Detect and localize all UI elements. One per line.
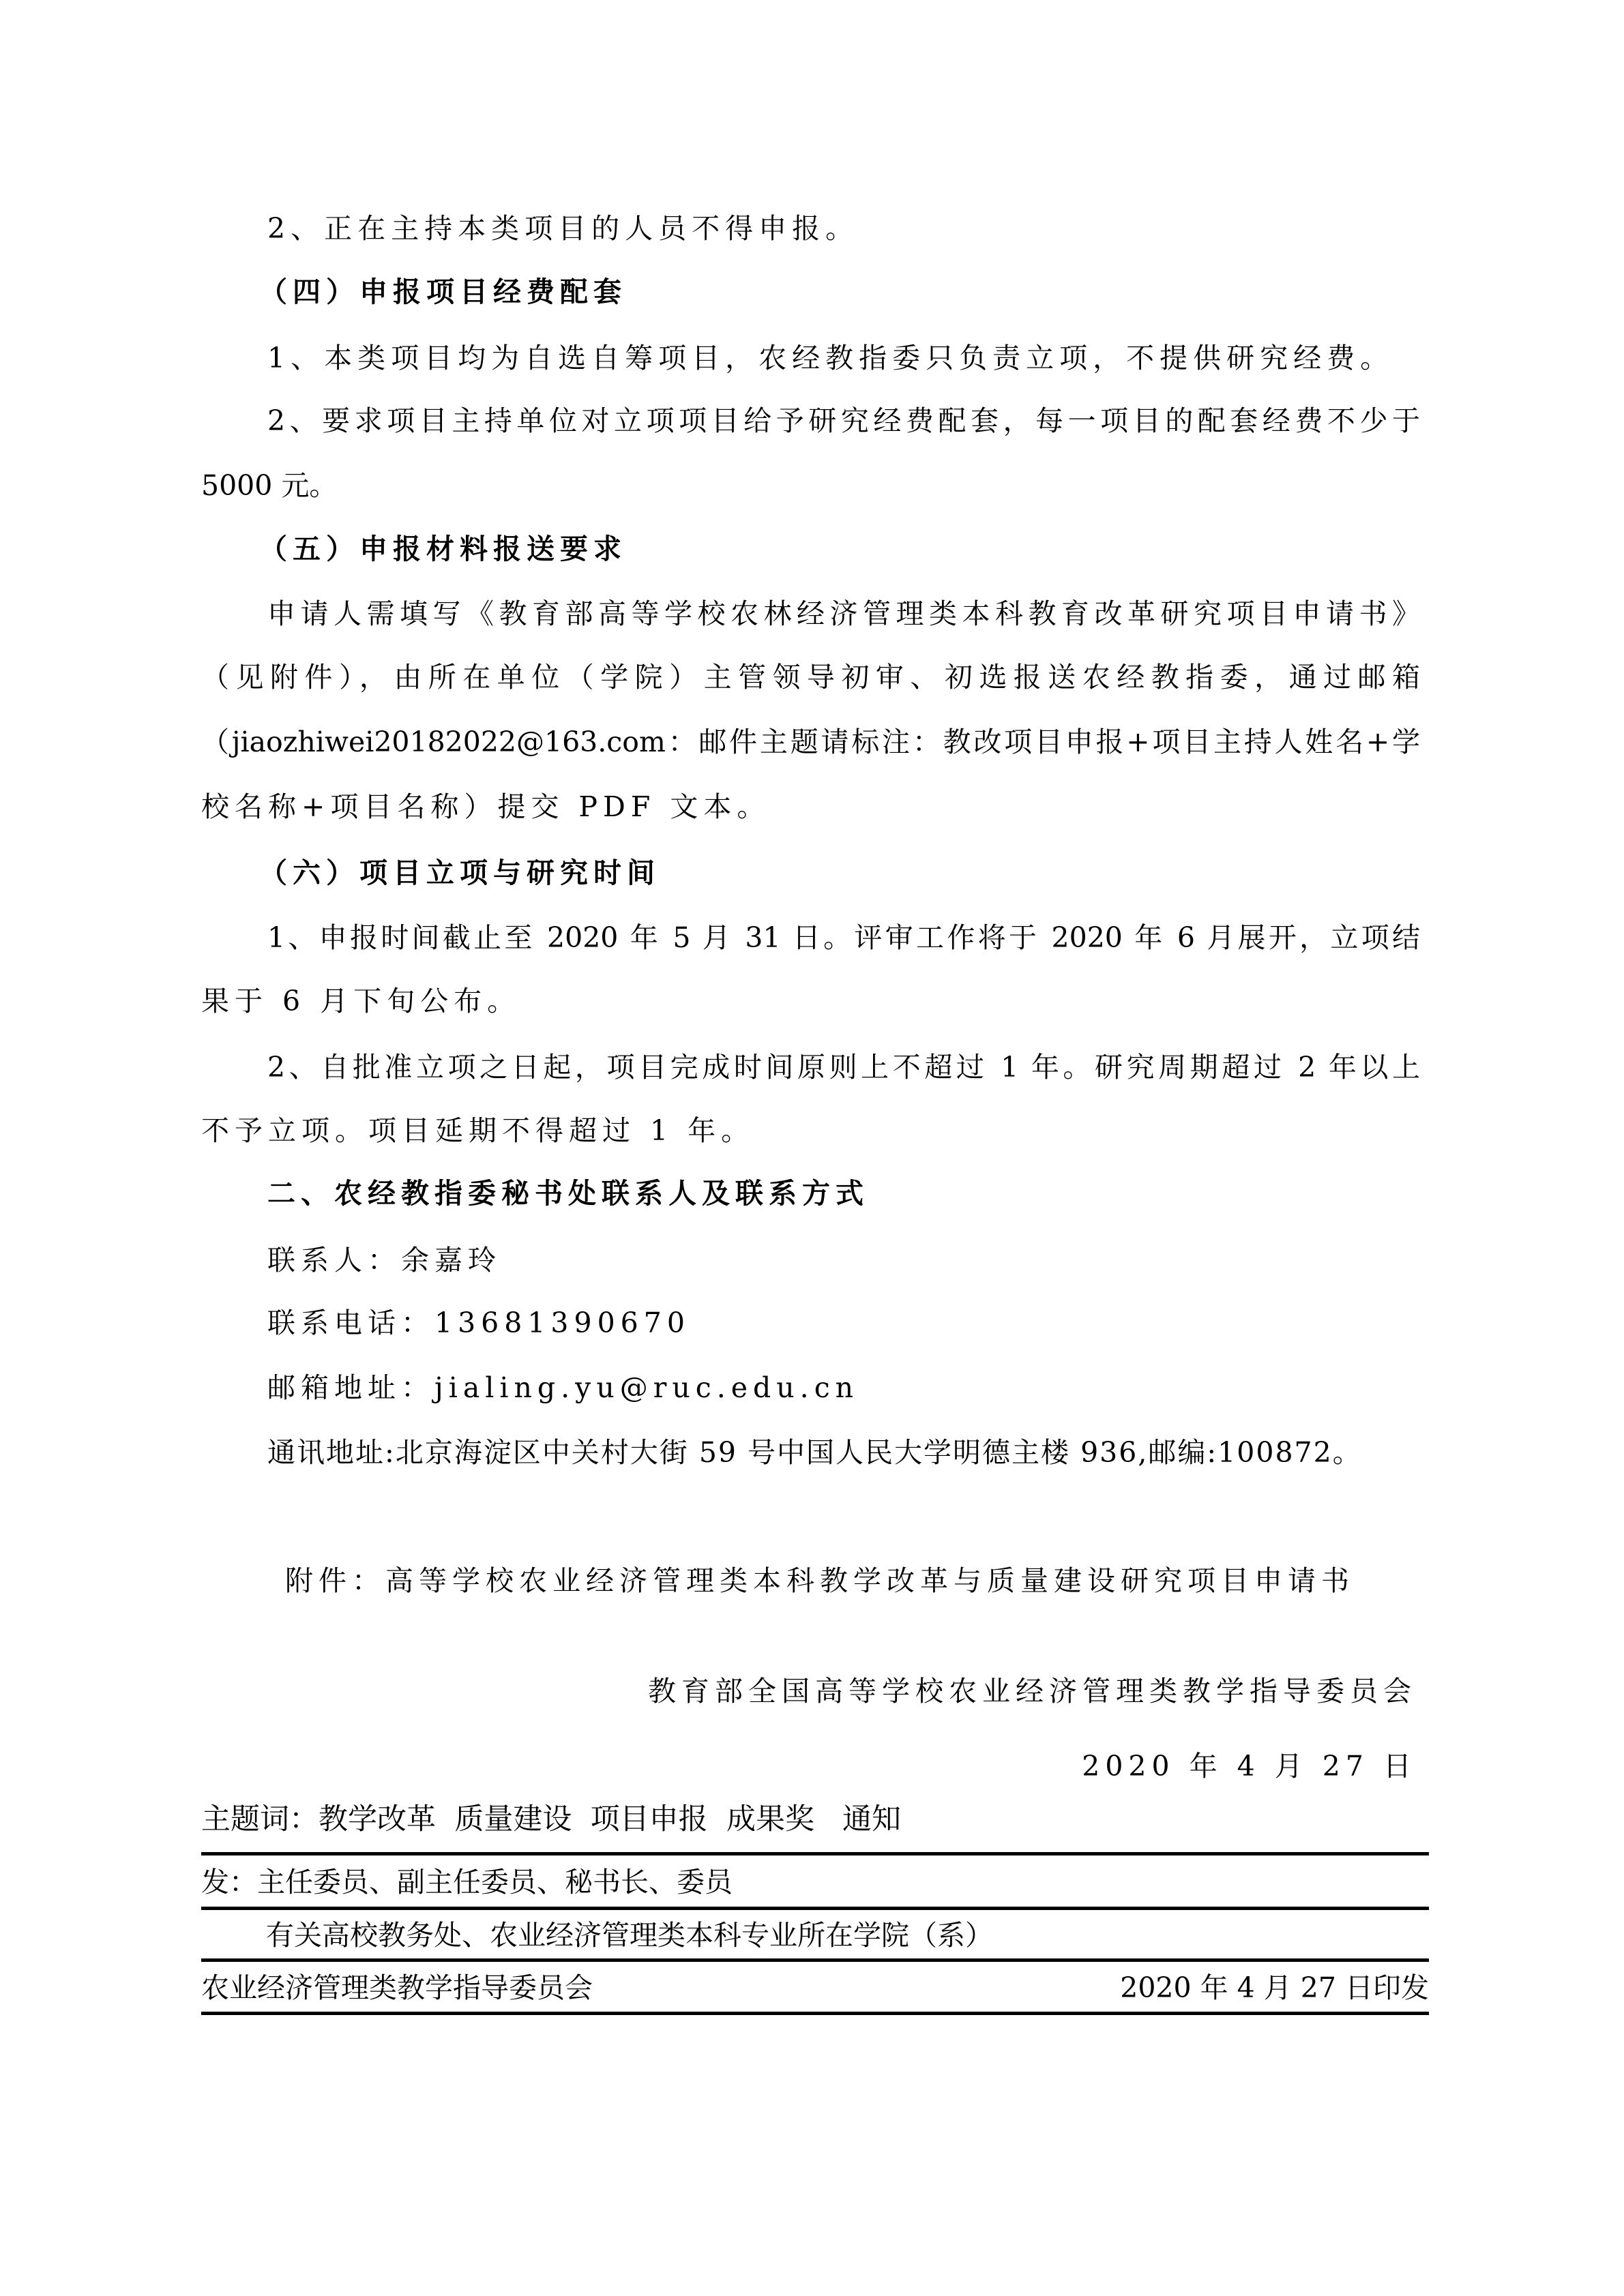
- section5-line4: 校名称+项目名称）提交 PDF 文本。: [201, 786, 1420, 827]
- contact-phone: 联系电话：13681390670: [267, 1302, 1420, 1343]
- keywords-line: 主题词：教学改革 质量建设 项目申报 成果奖 通知: [201, 1799, 1420, 1840]
- attachment-note: 附件：高等学校农业经济管理类本科教学改革与质量建设研究项目申请书: [285, 1560, 1438, 1601]
- section3-item2: 2、正在主持本类项目的人员不得申报。: [267, 208, 1420, 249]
- section4-item2-line2: 5000 元。: [201, 465, 1420, 506]
- section5-line3: （jiaozhiwei20182022@163.com：邮件主题请标注：教改项目…: [201, 721, 1420, 762]
- section6-heading: （六）项目立项与研究时间: [259, 852, 1412, 893]
- signature-date: 2020 年 4 月 27 日: [1082, 1746, 1417, 1787]
- divider-rule: [201, 2012, 1429, 2015]
- signature-org: 教育部全国高等学校农业经济管理类教学指导委员会: [648, 1671, 1417, 1712]
- section4-item2-line1: 2、要求项目主持单位对立项项目给予研究经费配套，每一项目的配套经费不少于: [267, 400, 1420, 441]
- contact-heading: 二、农经教指委秘书处联系人及联系方式: [267, 1173, 1420, 1214]
- section4-heading: （四）申报项目经费配套: [259, 271, 1412, 312]
- contact-person: 联系人：余嘉玲: [267, 1240, 1420, 1281]
- section4-item1: 1、本类项目均为自选自筹项目，农经教指委只负责立项，不提供研究经费。: [267, 338, 1420, 378]
- issue-date: 2020 年 4 月 27 日印发: [1120, 1967, 1429, 2008]
- distribution-line1: 发：主任委员、副主任委员、秘书长、委员: [201, 1862, 1420, 1903]
- section5-heading: （五）申报材料报送要求: [259, 528, 1412, 569]
- divider-rule: [201, 1852, 1429, 1855]
- contact-email: 邮箱地址：jialing.yu@ruc.edu.cn: [267, 1367, 1420, 1408]
- section6-item2-line2: 不予立项。项目延期不得超过 1 年。: [201, 1110, 1420, 1151]
- section5-line2: （见附件），由所在单位（学院）主管领导初审、初选报送农经教指委，通过邮箱: [201, 657, 1420, 698]
- contact-address: 通讯地址:北京海淀区中关村大街 59 号中国人民大学明德主楼 936,邮编:10…: [267, 1432, 1420, 1473]
- divider-rule: [201, 1958, 1429, 1962]
- section6-item1-line1: 1、申报时间截止至 2020 年 5 月 31 日。评审工作将于 2020 年 …: [267, 917, 1420, 958]
- section5-line1: 申请人需填写《教育部高等学校农林经济管理类本科教育改革研究项目申请书》: [267, 593, 1420, 634]
- section6-item2-line1: 2、自批准立项之日起，项目完成时间原则上不超过 1 年。研究周期超过 2 年以上: [267, 1047, 1420, 1088]
- section6-item1-line2: 果于 6 月下旬公布。: [201, 981, 1420, 1022]
- distribution-line2: 有关高校教务处、农业经济管理类本科专业所在学院（系）: [266, 1915, 1485, 1956]
- document-page: 2、正在主持本类项目的人员不得申报。 （四）申报项目经费配套 1、本类项目均为自…: [0, 0, 1624, 2296]
- divider-rule: [201, 1907, 1429, 1910]
